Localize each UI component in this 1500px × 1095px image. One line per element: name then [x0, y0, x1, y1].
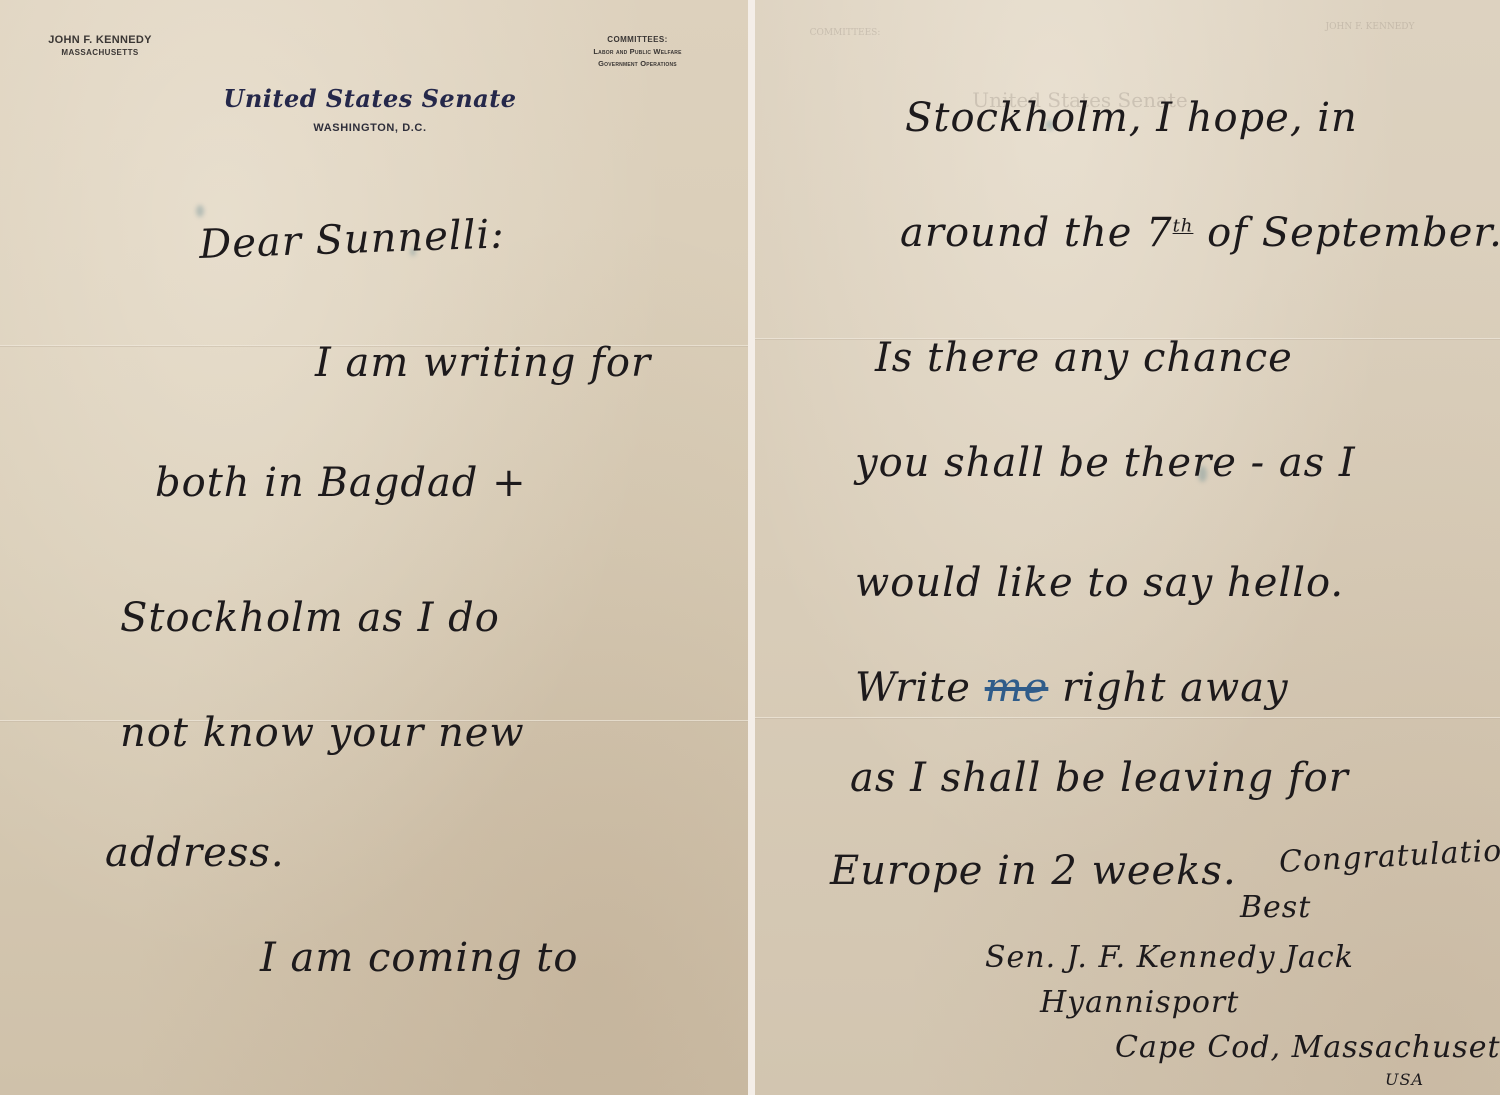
signature: Sen. J. F. Kennedy: [985, 940, 1276, 975]
address-line: USA: [1385, 1070, 1424, 1089]
handwritten-line: address.: [105, 830, 285, 876]
handwritten-text: right away: [1062, 665, 1289, 711]
handwritten-line: Congratulations: [1278, 831, 1500, 880]
committees-title: COMMITTEES:: [555, 34, 720, 46]
letterhead-city: WASHINGTON, D.C.: [200, 122, 540, 134]
page-divider: [748, 0, 755, 1095]
address-line: Hyannisport: [1040, 985, 1239, 1020]
handwritten-line: you shall be there - as I: [855, 440, 1356, 486]
handwritten-line: Stockholm, I hope, in: [905, 95, 1358, 141]
handwritten-line: not know your new: [120, 710, 525, 756]
handwritten-line: Stockholm as I do: [120, 595, 500, 641]
letter-page-1: JOHN F. KENNEDY MASSACHUSETTS COMMITTEES…: [0, 0, 748, 1095]
letterhead-committees: COMMITTEES: Labor and Public Welfare Gov…: [555, 34, 720, 70]
handwritten-line: Write me right away: [855, 665, 1289, 711]
committee-item: Government Operations: [555, 58, 720, 70]
handwritten-text: of September.: [1207, 210, 1500, 256]
handwritten-line: Is there any chance: [875, 335, 1293, 381]
handwritten-line: both in Bagdad +: [155, 460, 527, 506]
handwritten-line: would like to say hello.: [855, 560, 1344, 606]
address-line: Cape Cod, Massachusetts: [1115, 1030, 1500, 1065]
handwritten-line: Europe in 2 weeks.: [830, 848, 1237, 894]
handwritten-line: Dear Sunnelli:: [198, 211, 505, 268]
letterhead-sender-state: MASSACHUSETTS: [30, 48, 170, 57]
fold-line: [755, 717, 1500, 719]
letterhead-show-through: JOHN F. KENNEDY: [1310, 22, 1430, 32]
signature-suffix: Jack: [1285, 940, 1354, 975]
ink-stain: [196, 205, 204, 217]
letterhead-institution: United States Senate: [200, 84, 540, 113]
handwritten-line: around the 7th of September.: [900, 210, 1500, 256]
smudged-word: me: [985, 665, 1049, 711]
handwritten-text: Write: [855, 665, 971, 711]
letter-page-2: JOHN F. KENNEDY COMMITTEES: United State…: [755, 0, 1500, 1095]
letterhead-show-through: COMMITTEES:: [785, 28, 905, 38]
handwritten-line: as I shall be leaving for: [850, 755, 1349, 801]
letterhead-sender-name: JOHN F. KENNEDY: [30, 34, 170, 46]
committee-item: Labor and Public Welfare: [555, 46, 720, 58]
ordinal-superscript: th: [1173, 216, 1194, 237]
closing: Best: [1240, 890, 1311, 925]
handwritten-line: I am coming to: [260, 935, 578, 981]
handwritten-line: I am writing for: [315, 340, 651, 386]
handwritten-text: around the 7: [900, 210, 1173, 256]
